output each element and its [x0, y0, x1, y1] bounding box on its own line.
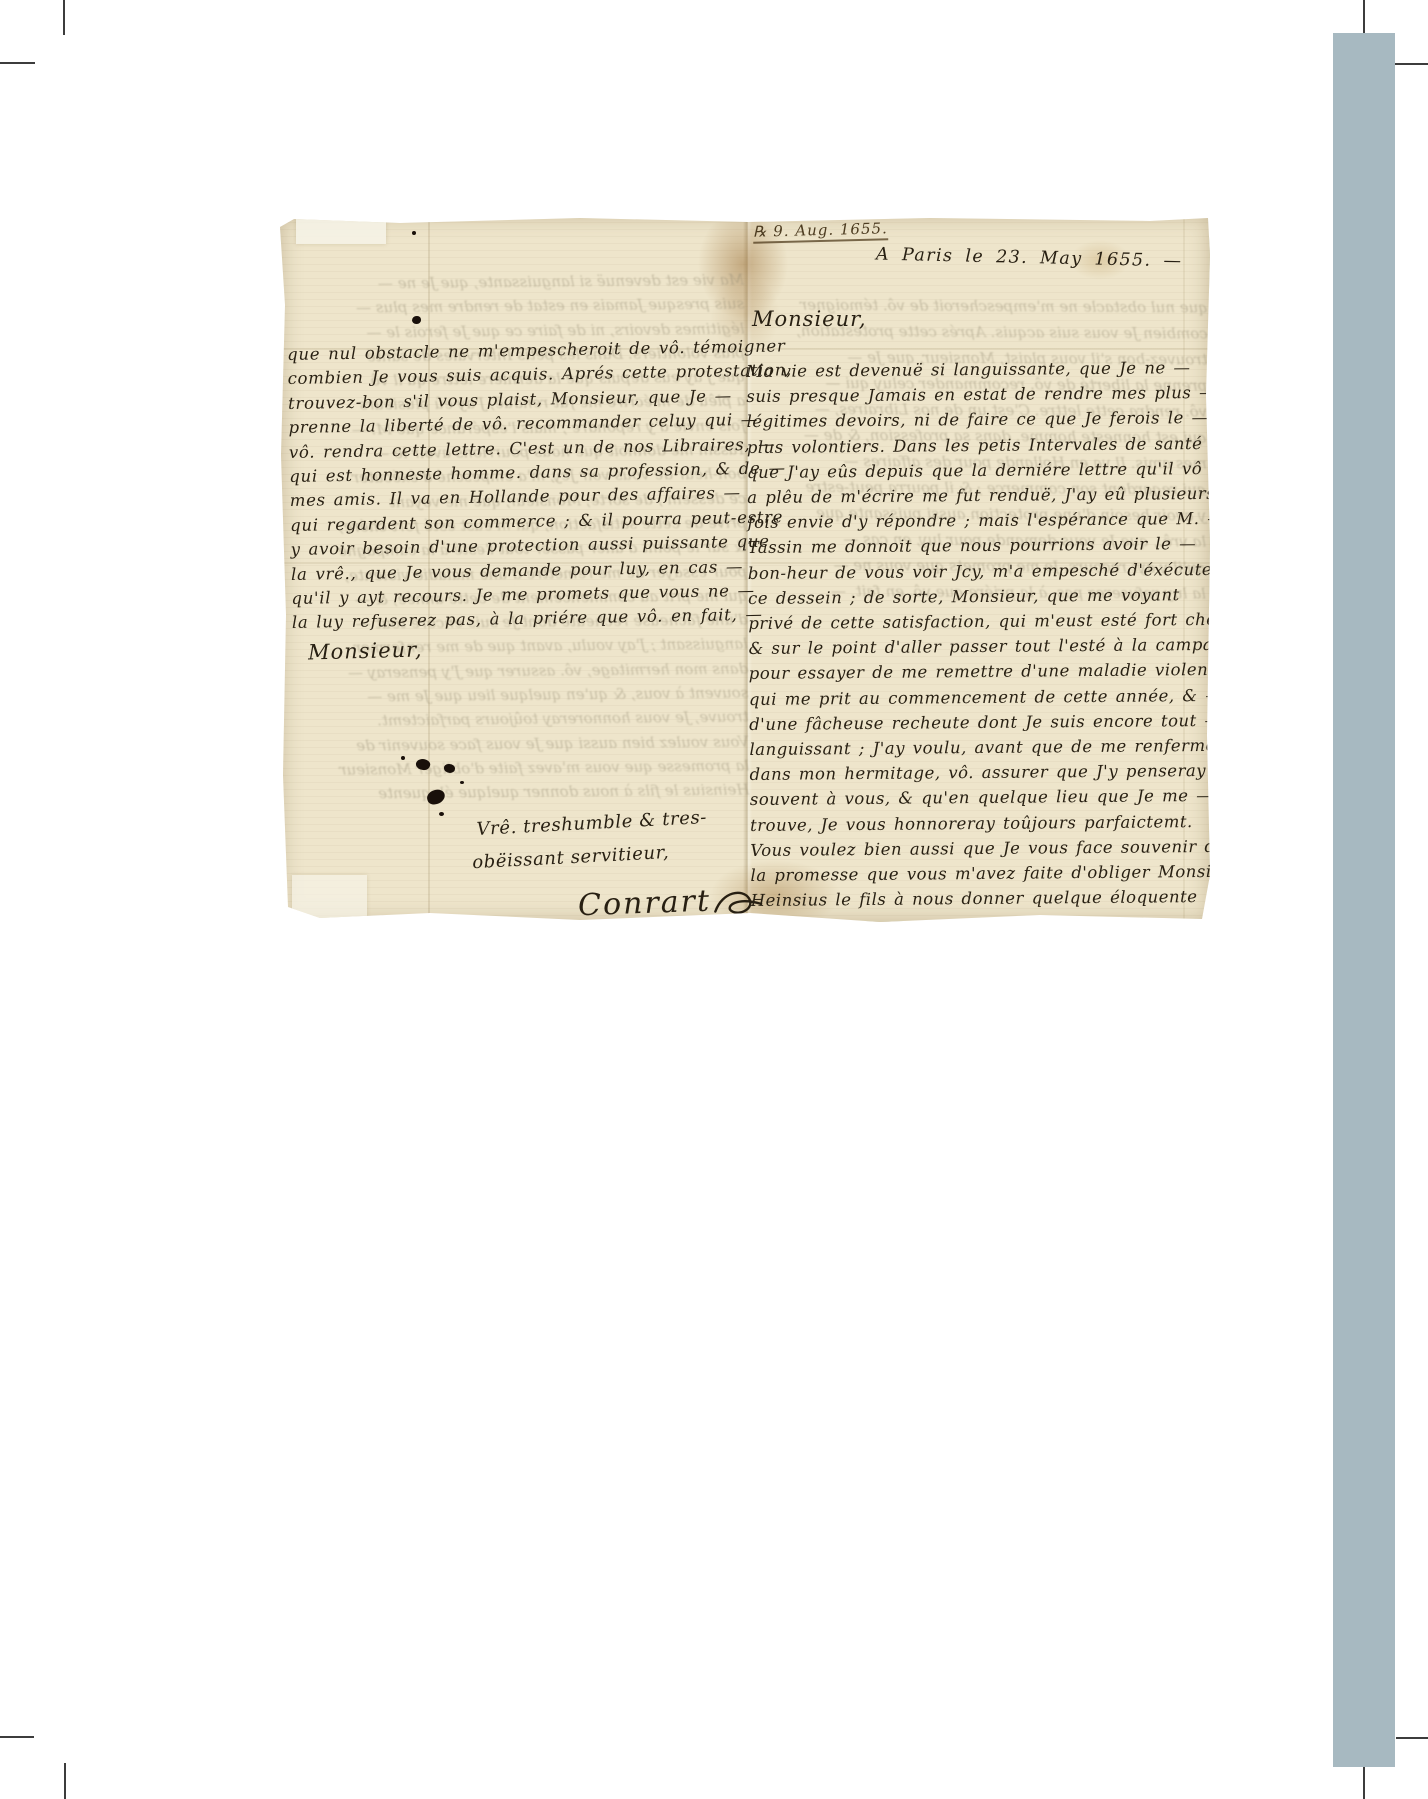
letter-scan: Ma vie est devenuë si languissante, que … [280, 215, 1210, 922]
crop-mark-top-right-vertical [1363, 0, 1365, 33]
crop-mark-bottom-left-vertical [64, 1763, 66, 1799]
crop-mark-top-left-horizontal [0, 62, 35, 64]
body-line: souvent à vous, & qu'en quelque lieu que… [750, 783, 1210, 813]
salutation-right-page: Monsieur, [752, 307, 867, 331]
body-left-page: que nul obstacle ne m'empescheroit de vô… [287, 334, 796, 636]
body-line: d'une fâcheuse recheute dont Je suis enc… [749, 707, 1210, 737]
crop-mark-bottom-right-horizontal [1396, 1737, 1428, 1739]
tape-patch-top-left [296, 218, 386, 244]
body-line: languissant ; J'ay voulu, avant que de m… [749, 733, 1210, 763]
signature-name: Conrart [577, 883, 711, 922]
crop-mark-bottom-right-vertical [1363, 1767, 1365, 1799]
ink-blot [444, 764, 455, 773]
body-line: trouve, Je vous honnoreray toûjours parf… [750, 808, 1210, 838]
body-line: plus volontiers. Dans les petis Interval… [747, 430, 1210, 460]
signature: Conrart [577, 876, 765, 922]
body-line: ce dessein ; de sorte, Monsieur, que me … [748, 581, 1210, 611]
dateline: A Paris le 23. May 1655. — [876, 245, 1183, 272]
page: { "colors": { "sidebar": "#a7b9c1", "ink… [0, 0, 1428, 1799]
signature-paraph [712, 886, 765, 922]
body-line: légitimes devoirs, ni de faire ce que Je… [746, 405, 1210, 435]
body-line: & sur le point d'aller passer tout l'est… [748, 632, 1210, 662]
crop-mark-top-left-vertical [63, 0, 65, 35]
body-line: fois envie d'y répondre ; mais l'espéran… [747, 506, 1210, 536]
tape-patch-bottom-left [292, 875, 367, 919]
ink-speck [460, 781, 464, 784]
body-line: Tassin me donnoit que nous pourrions avo… [748, 531, 1210, 561]
blue-sidebar-band [1333, 33, 1395, 1767]
body-line: privé de cette satisfaction, qui m'eust … [748, 607, 1210, 637]
received-annotation: ℞ 9. Aug. 1655. [753, 219, 888, 244]
closing-line-2: obëissant servitieur, [472, 840, 709, 873]
closing-formula: Vrê. treshumble & tres- obëissant servit… [476, 807, 709, 873]
ink-speck [412, 231, 416, 235]
body-line: Heinsius le fils à nous donner quelque é… [751, 884, 1210, 914]
body-line: qui me prit au commencement de cette ann… [749, 682, 1210, 712]
body-right-page: Ma vie est devenuë si languissante, que … [746, 355, 1210, 914]
body-line: dans mon hermitage, vô. assurer que J'y … [750, 758, 1210, 788]
body-line: bon-heur de vous voir Jcy, m'a empesché … [748, 556, 1210, 586]
ink-speck [439, 812, 444, 816]
body-line: pour essayer de me remettre d'une maladi… [749, 657, 1210, 687]
closing-line-1: Vrê. treshumble & tres- [476, 807, 707, 840]
crop-mark-bottom-left-horizontal [0, 1736, 34, 1738]
body-line: la promesse que vous m'avez faite d'obli… [750, 859, 1210, 889]
ink-speck [401, 756, 405, 760]
body-line: Vous voulez bien aussi que Je vous face … [750, 834, 1210, 864]
salutation-left-page: Monsieur, [308, 638, 423, 665]
crop-mark-top-right-horizontal [1395, 63, 1428, 65]
ink-blot [412, 316, 421, 324]
